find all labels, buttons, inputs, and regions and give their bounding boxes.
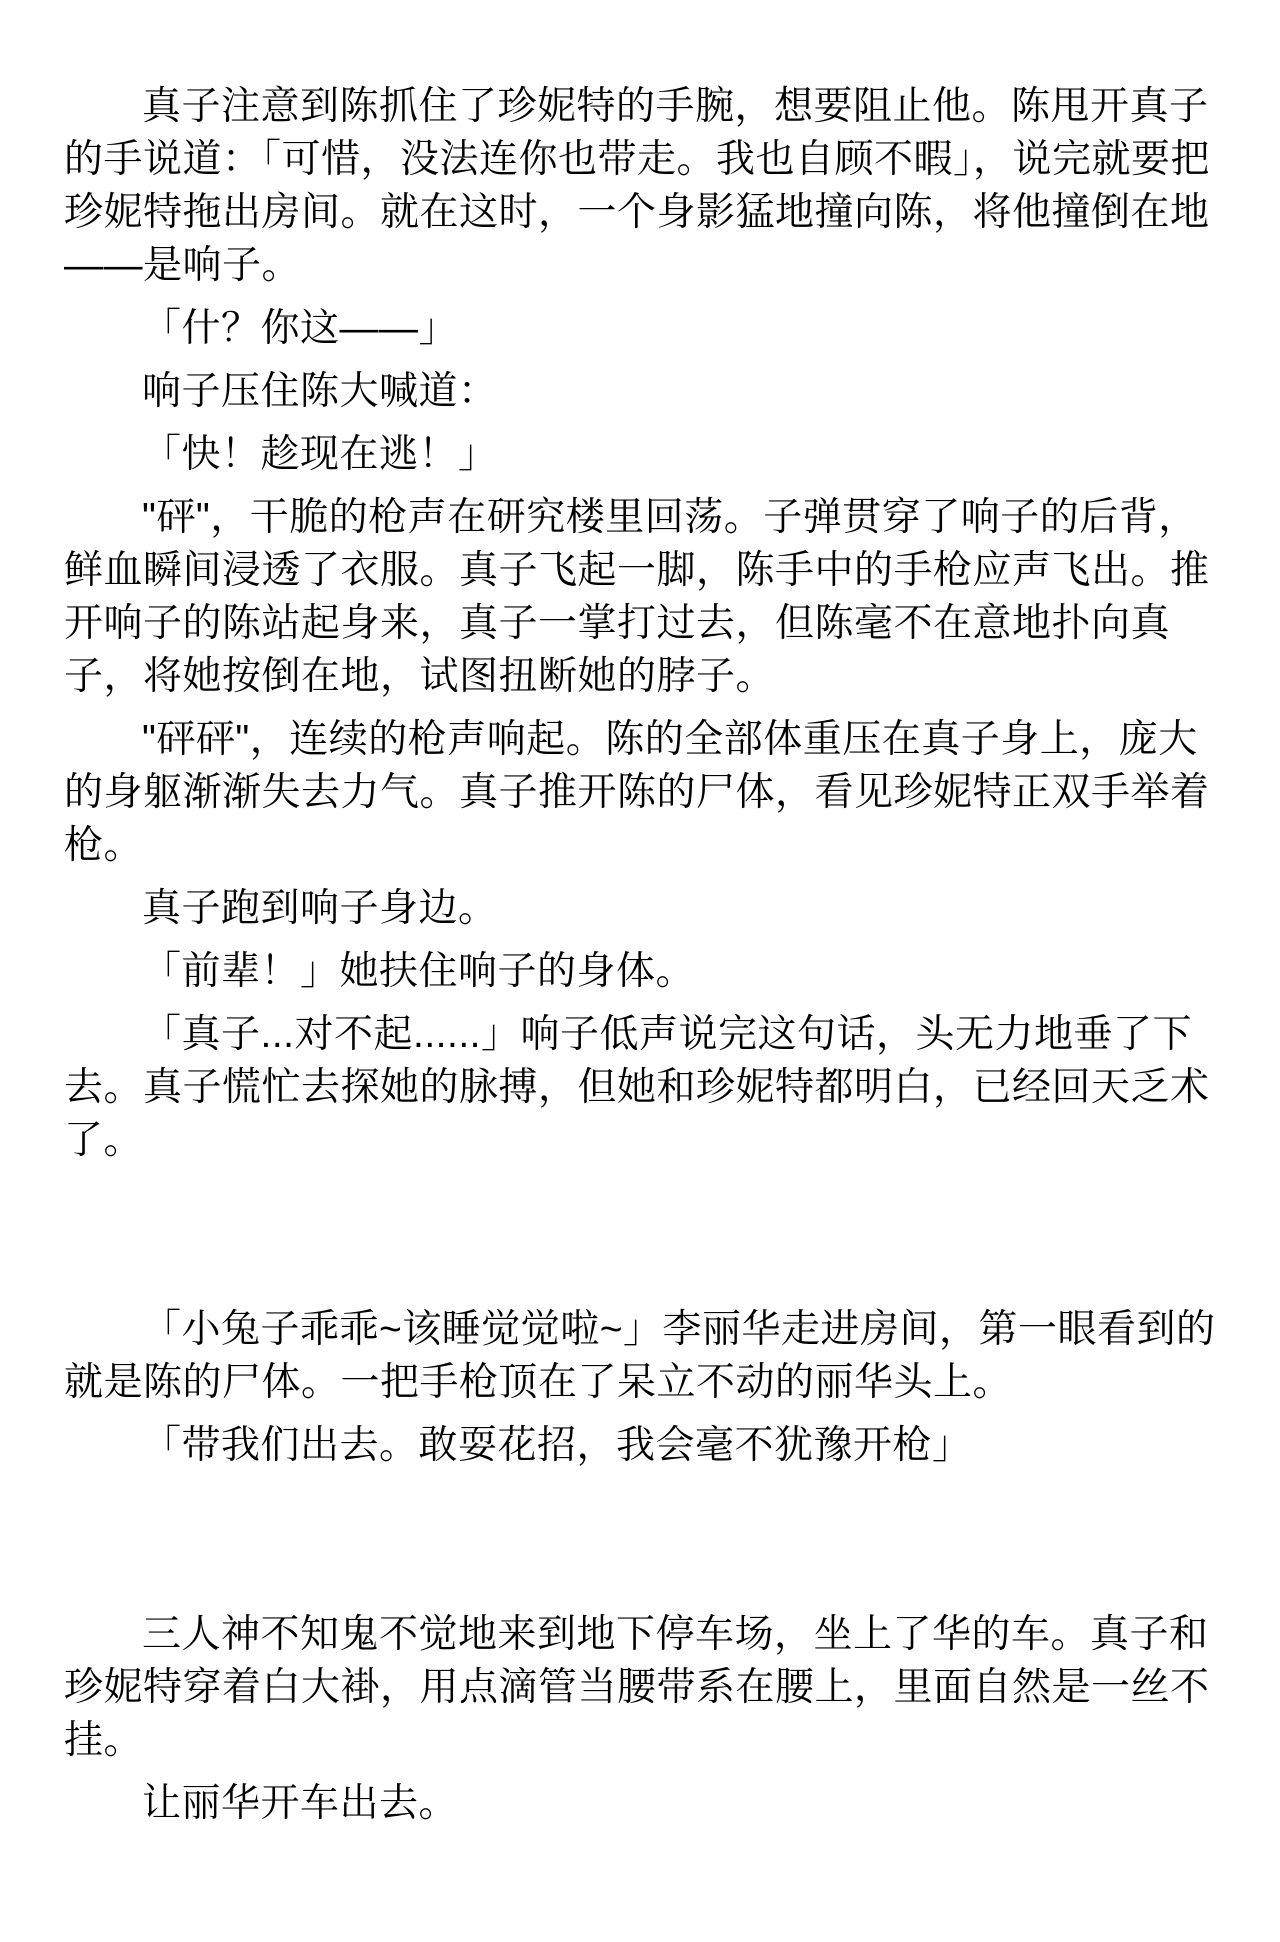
paragraph: 三人神不知鬼不觉地来到地下停车场，坐上了华的车。真子和珍妮特穿着白大褂，用点滴管… (64, 1608, 1216, 1767)
document-page: 真子注意到陈抓住了珍妮特的手腕，想要阻止他。陈甩开真子的手说道：「可惜，没法连你… (0, 0, 1280, 1942)
paragraph: 「什？你这——」 (64, 302, 1216, 355)
paragraph: 「快！趁现在逃！」 (64, 428, 1216, 481)
paragraph: 真子注意到陈抓住了珍妮特的手腕，想要阻止他。陈甩开真子的手说道：「可惜，没法连你… (64, 80, 1216, 292)
paragraph: 让丽华开车出去。 (64, 1777, 1216, 1830)
paragraph: "砰"，干脆的枪声在研究楼里回荡。子弹贯穿了响子的后背，鲜血瞬间浸透了衣服。真子… (64, 491, 1216, 703)
paragraph: 「前辈！」她扶住响子的身体。 (64, 945, 1216, 998)
paragraph: "砰砰"，连续的枪声响起。陈的全部体重压在真子身上，庞大的身躯渐渐失去力气。真子… (64, 713, 1216, 872)
paragraph: 「小兔子乖乖~该睡觉觉啦~」李丽华走进房间，第一眼看到的就是陈的尸体。一把手枪顶… (64, 1303, 1216, 1409)
paragraph: 响子压住陈大喊道： (64, 365, 1216, 418)
paragraph: 「真子...对不起......」响子低声说完这句话，头无力地垂了下去。真子慌忙去… (64, 1008, 1216, 1167)
paragraph: 「带我们出去。敢耍花招，我会毫不犹豫开枪」 (64, 1419, 1216, 1472)
paragraph: 真子跑到响子身边。 (64, 882, 1216, 935)
